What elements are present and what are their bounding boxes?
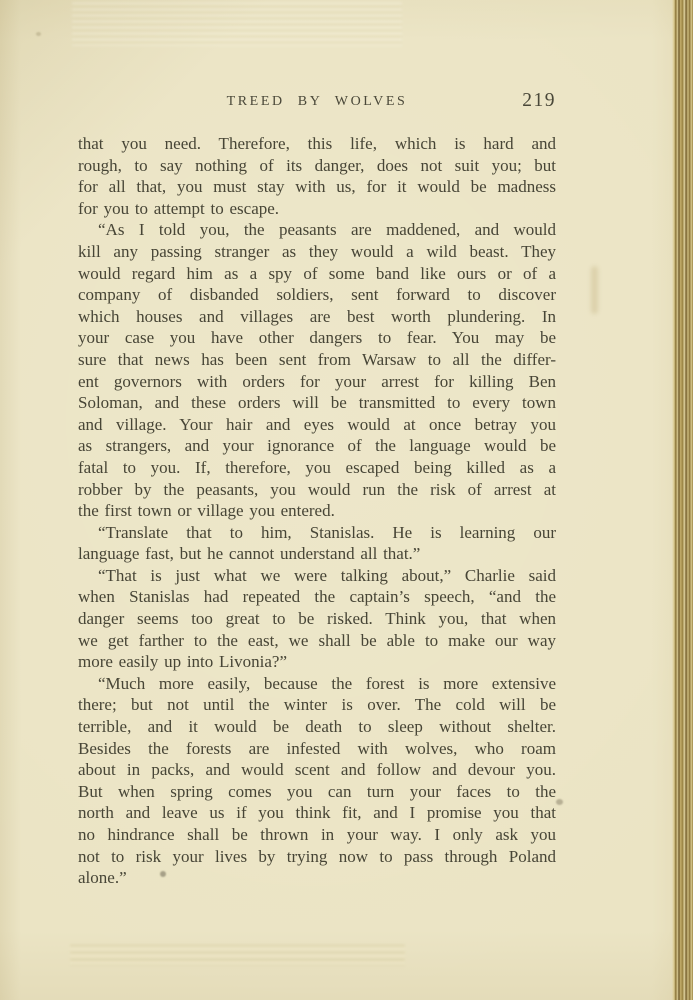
paper-speck [160,871,166,877]
text-line: “Much more easily, because the forest is… [78,673,556,695]
paragraph: that you need. Therefore, this life, whi… [78,133,556,219]
text-line: as strangers, and your ignorance of the … [78,435,556,457]
running-header: TREED BY WOLVES 219 [78,94,556,116]
text-line: when Stanislas had repeated the captain’… [78,586,556,608]
page-number: 219 [522,90,556,112]
paper-speck [556,799,563,805]
text-line: danger seems too great to be risked. Thi… [78,608,556,630]
text-line: terrible, and it would be death to sleep… [78,716,556,738]
text-line: for all that, you must stay with us, for… [78,176,556,198]
paragraph: “Translate that to him, Stanislas. He is… [78,522,556,565]
text-line: more easily up into Livonia?” [78,651,556,673]
text-line: robber by the peasants, you would run th… [78,479,556,501]
text-line: kill any passing stranger as they would … [78,241,556,263]
text-line: ent governors with orders for your arres… [78,371,556,393]
text-line: would regard him as a spy of some band l… [78,263,556,285]
paragraph: “That is just what we were talking about… [78,565,556,673]
page-bottom-edge-texture [70,944,405,966]
paragraph: “As I told you, the peasants are maddene… [78,219,556,521]
text-line: not to risk your lives by trying now to … [78,846,556,868]
text-line: fatal to you. If, therefore, you escaped… [78,457,556,479]
text-line: “Translate that to him, Stanislas. He is… [78,522,556,544]
text-line: Soloman, and these orders will be transm… [78,392,556,414]
text-line: which houses and villages are best worth… [78,306,556,328]
text-line: your case you have other dangers to fear… [78,327,556,349]
book-page-scan: TREED BY WOLVES 219 that you need. There… [0,0,693,1000]
text-line: rough, to say nothing of its danger, doe… [78,155,556,177]
text-line: we get farther to the east, we shall be … [78,630,556,652]
text-line: “As I told you, the peasants are maddene… [78,219,556,241]
running-title: TREED BY WOLVES [78,94,556,110]
text-line: But when spring comes you can turn your … [78,781,556,803]
page-top-edge-texture [72,2,402,46]
text-line: Besides the forests are infested with wo… [78,738,556,760]
text-line: the first town or village you entered. [78,500,556,522]
paper-smudge [591,266,598,314]
book-page-stack-edge [672,0,693,1000]
text-line: language fast, but he cannot understand … [78,543,556,565]
paragraph: “Much more easily, because the forest is… [78,673,556,889]
text-line: there; but not until the winter is over.… [78,694,556,716]
text-line: company of disbanded soldiers, sent forw… [78,284,556,306]
text-line: alone.” [78,867,556,889]
paper-speck [36,32,41,36]
text-line: “That is just what we were talking about… [78,565,556,587]
body-text: that you need. Therefore, this life, whi… [78,133,556,889]
text-line: north and leave us if you think fit, and… [78,802,556,824]
text-line: and village. Your hair and eyes would at… [78,414,556,436]
text-line: sure that news has been sent from Warsaw… [78,349,556,371]
text-line: that you need. Therefore, this life, whi… [78,133,556,155]
text-line: about in packs, and would scent and foll… [78,759,556,781]
text-line: no hindrance shall be thrown in your way… [78,824,556,846]
text-line: for you to attempt to escape. [78,198,556,220]
